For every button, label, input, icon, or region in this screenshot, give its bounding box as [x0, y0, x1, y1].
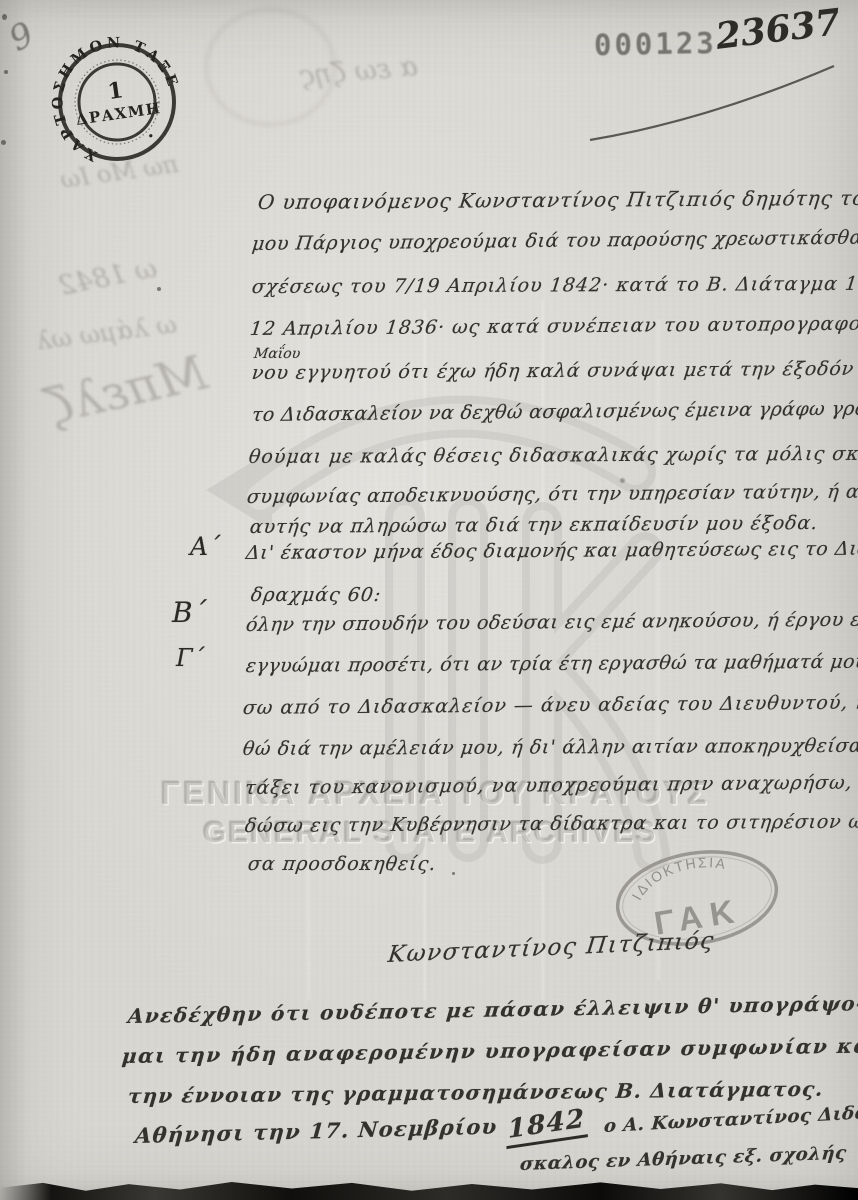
pen-flourish	[588, 58, 838, 148]
side-note-line: σκαλος εν Αθήναις εξ. σχολής	[519, 1143, 847, 1175]
ink-speck	[157, 287, 161, 291]
svg-text:ΧΑΡΤΟΣΗΜΟΝ ΤΑΞΕΩΣ: ΧΑΡΤΟΣΗΜΟΝ ΤΑΞΕΩΣ	[21, 6, 189, 174]
margin-marker-gamma: Γ΄	[176, 644, 205, 672]
showthrough-scribble: Μπελζ	[41, 344, 212, 435]
dateline-year: 1842	[505, 1103, 588, 1149]
margin-marker-alpha: Α΄	[190, 532, 221, 561]
archive-number-handwritten: 23637	[713, 1, 842, 58]
body-line: θούμαι με καλάς θέσεις διδασκαλικάς χωρί…	[248, 442, 858, 468]
body-correction: Μαΐου	[253, 346, 301, 362]
revenue-stamp-value: 1	[106, 77, 125, 105]
ink-speck	[1, 140, 6, 145]
closing-line: την έννοιαν της γραμματοσημάνσεως Β. Δια…	[127, 1077, 825, 1108]
clause-line: δώσω εις την Κυβέρνησιν τα δίδακτρα και …	[244, 810, 858, 837]
revenue-stamp-ring-text: ΧΑΡΤΟΣΗΜΟΝ ΤΑΞΕΩΣ	[21, 6, 189, 174]
closing-line: μαι την ήδη αναφερομένην υπογραφείσαν συ…	[121, 1033, 858, 1068]
revenue-stamp-dot: ·	[142, 127, 161, 146]
clause-line: θώ διά την αμέλειάν μου, ή δι' άλλην αιτ…	[242, 734, 858, 760]
dateline-place-date: Αθήνησι την 17. Νοεμβρίου	[134, 1114, 498, 1148]
scan-edge-band	[0, 1178, 858, 1200]
clause-line: εγγυώμαι προσέτι, ότι αν τρία έτη εργασθ…	[245, 650, 858, 677]
showthrough-scribble: ω λάμω ωλ	[34, 309, 178, 355]
signature: Κωνσταντίνος Πιτζιπιός	[387, 928, 717, 968]
clause-line: Δι' έκαστον μήνα έδος διαμονής και μαθητ…	[245, 537, 858, 564]
body-line: νου εγγυητού ότι έχω ήδη καλά συνάψαι με…	[251, 357, 858, 384]
pencil-mark: 9	[3, 14, 41, 59]
margin-marker-beta: Β΄	[172, 596, 207, 629]
scanned-document-page: 9 ΓΕΝΙΚΑ ΑΡΧΕΙΑ ΤΟΥ ΚΡΑΤΟΥΣ GENERAL STAT…	[0, 0, 858, 1200]
clause-line: τάξει του κανονισμού, να υποχρεούμαι πρι…	[244, 771, 858, 799]
ink-speck	[4, 70, 8, 74]
body-line: αυτής να πληρώσω τα διά την εκπαίδευσίν …	[249, 512, 820, 538]
body-line: μου Πάργιος υποχρεούμαι διά του παρούσης…	[251, 226, 858, 255]
ink-speck	[452, 872, 455, 875]
side-note-line: ο Α. Κωνσταντίνος Διδά-	[603, 1102, 858, 1137]
clause-line: δραχμάς 60:	[250, 584, 383, 606]
body-line: 12 Απριλίου 1836· ως κατά συνέπειαν του …	[249, 312, 858, 340]
body-line: Ο υποφαινόμενος Κωνσταντίνος Πιτζιπιός δ…	[257, 185, 858, 214]
archive-number-stamped: 000123	[594, 26, 717, 62]
body-line: σχέσεως του 7/19 Απριλίου 1842· κατά το …	[251, 272, 858, 298]
showthrough-scribble: ω 1842	[56, 253, 159, 302]
ink-speck	[2, 14, 7, 20]
clause-line: σα προσδοκηθείς.	[247, 853, 438, 875]
dateline: Αθήνησι την 17. Νοεμβρίου 1842	[134, 1108, 589, 1154]
closing-line: Ανεδέχθην ότι ουδέποτε με πάσαν έλλειψιν…	[127, 991, 858, 1028]
